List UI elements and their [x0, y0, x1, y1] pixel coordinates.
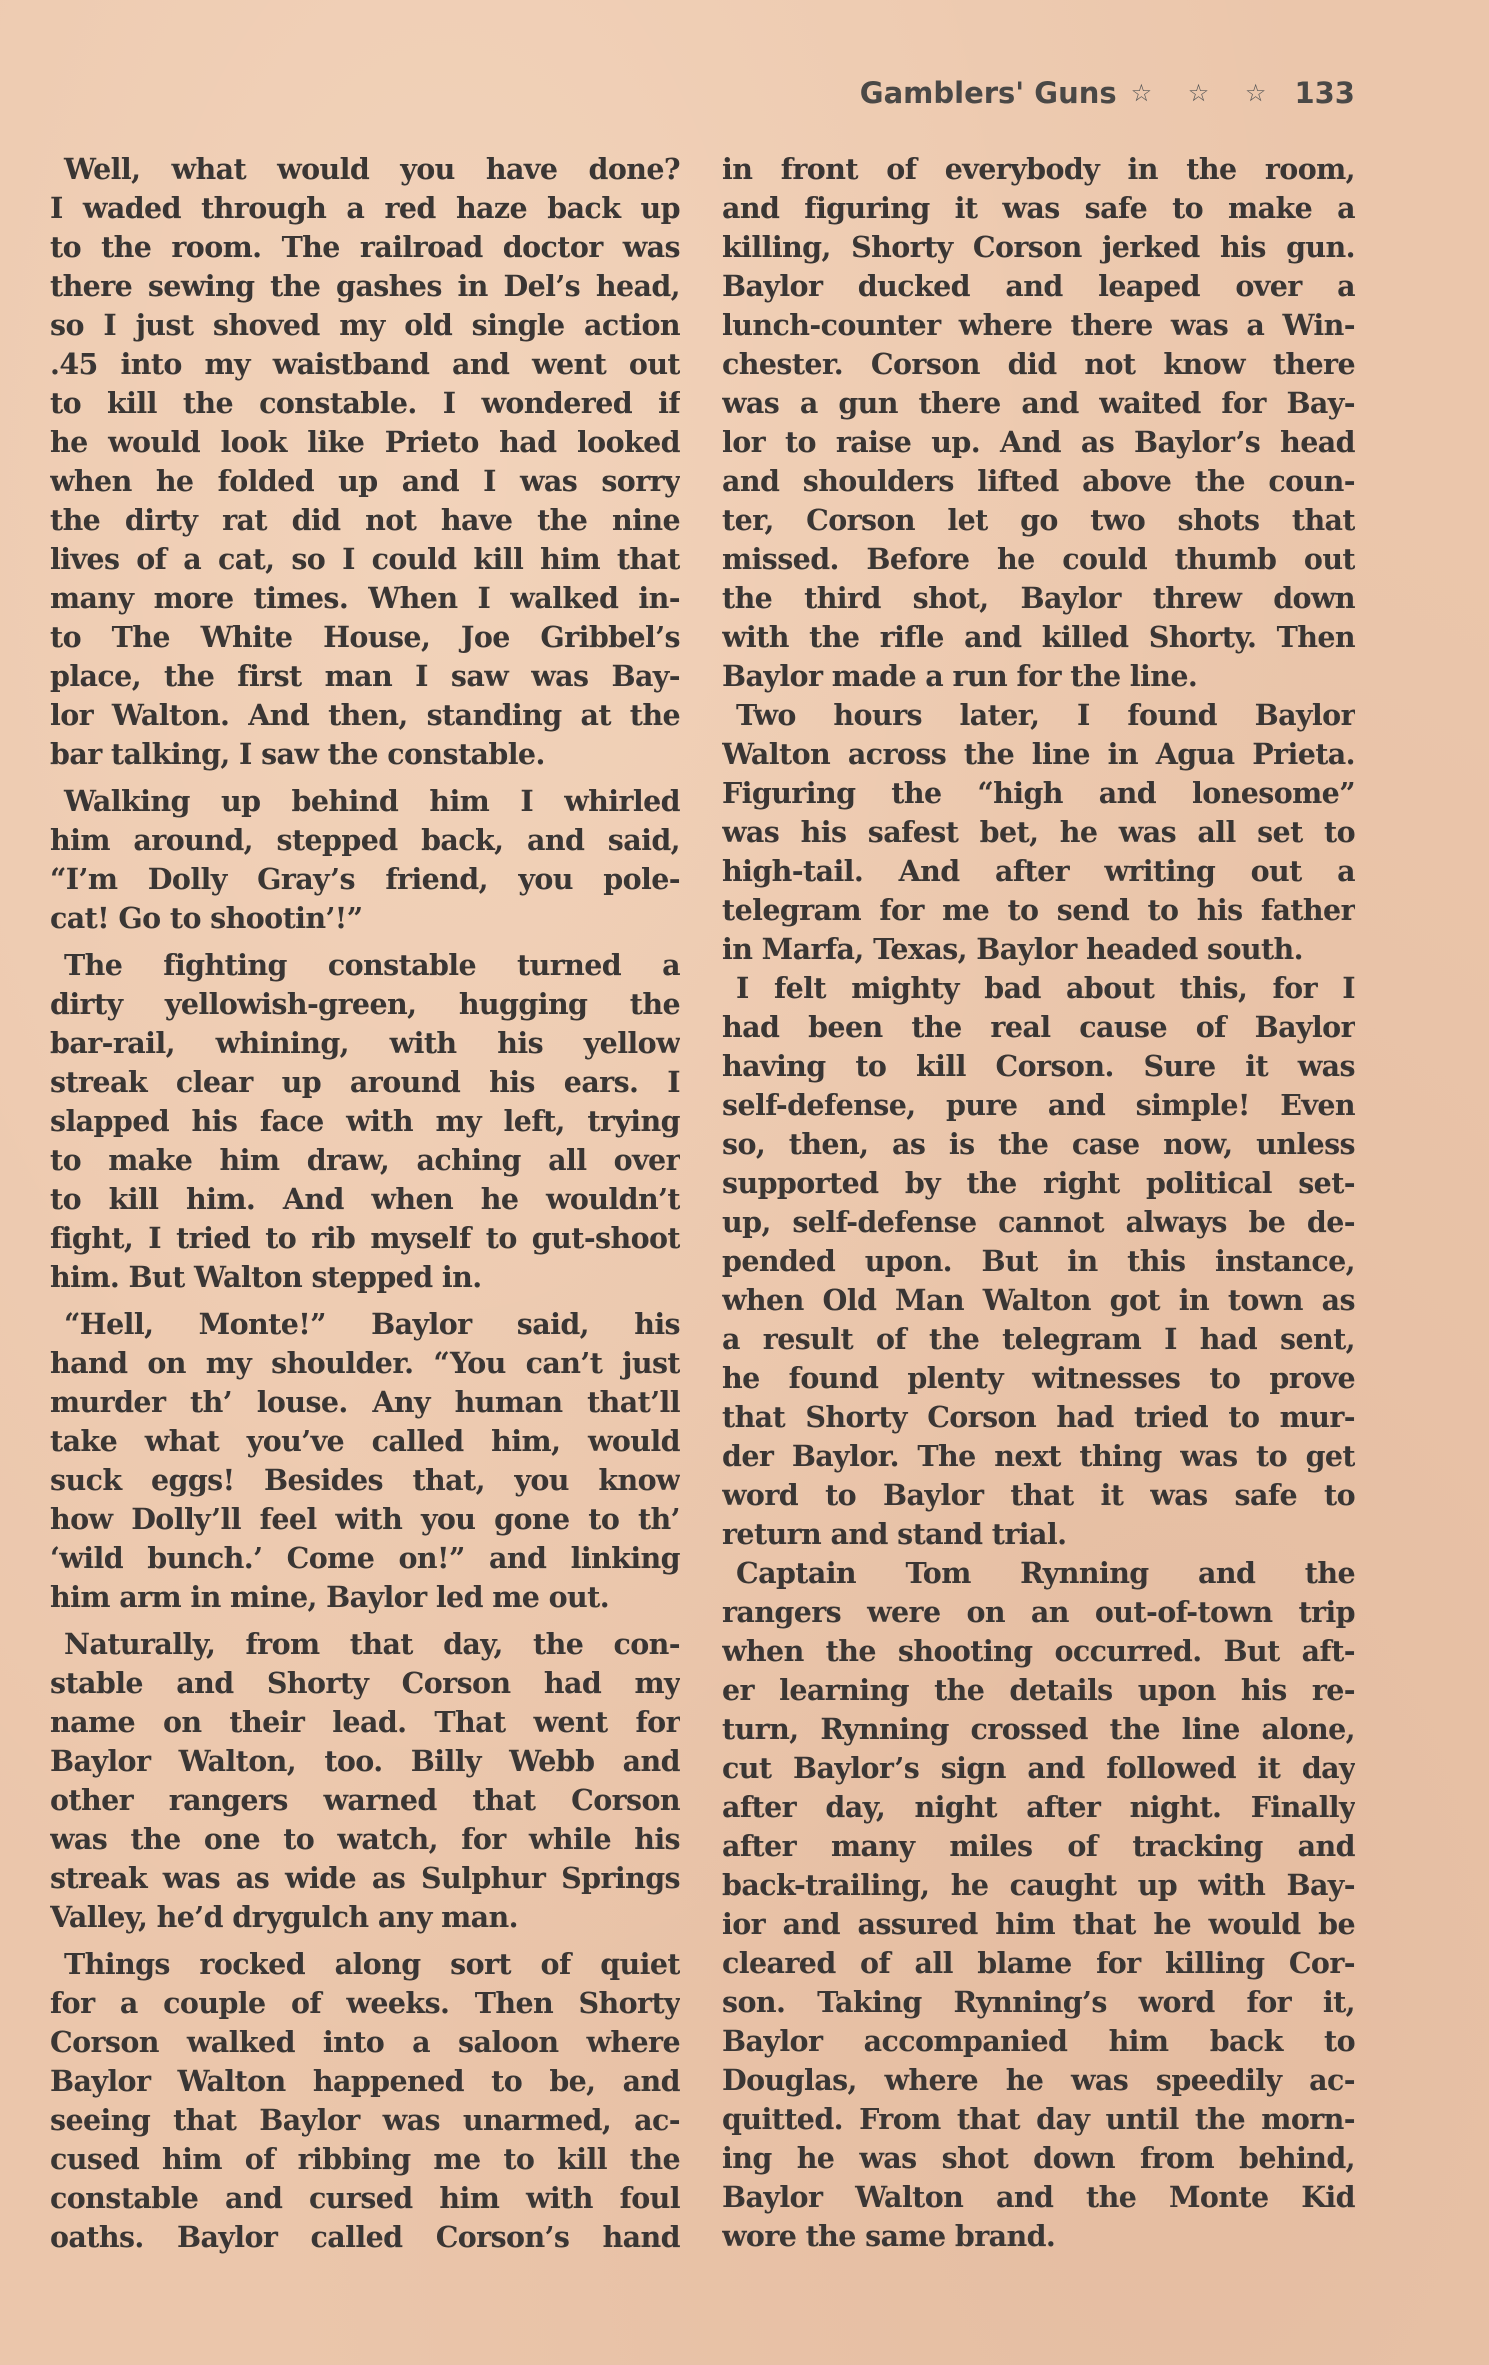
- text-line: Captain Tom Rynning and the: [722, 1554, 1355, 1593]
- text-line: Two hours later, I found Baylor: [722, 696, 1355, 735]
- text-line: streak was as wide as Sulphur Springs: [50, 1859, 680, 1898]
- left-text-column: Well, what would you have done?I waded t…: [50, 150, 680, 2265]
- text-line: Douglas, where he was speedily ac-: [722, 2061, 1355, 2100]
- paragraph: The fighting constable turned adirty yel…: [50, 946, 680, 1297]
- text-line: dirty yellowish-green, hugging the: [50, 985, 680, 1024]
- text-line: take what you’ve called him, would: [50, 1422, 680, 1461]
- text-line: streak clear up around his ears. I: [50, 1063, 680, 1102]
- text-line: a result of the telegram I had sent,: [722, 1320, 1355, 1359]
- text-line: lor Walton. And then, standing at the: [50, 696, 680, 735]
- text-line: had been the real cause of Baylor: [722, 1008, 1355, 1047]
- text-line: the third shot, Baylor threw down: [722, 579, 1355, 618]
- text-line: cat! Go to shootin’!”: [50, 899, 680, 938]
- story-title: Gamblers' Guns: [860, 76, 1117, 110]
- text-line: Walton across the line in Agua Prieta.: [722, 735, 1355, 774]
- text-line: cused him of ribbing me to kill the: [50, 2140, 680, 2179]
- paragraph: “Hell, Monte!” Baylor said, hishand on m…: [50, 1305, 680, 1617]
- paragraph: Walking up behind him I whirledhim aroun…: [50, 782, 680, 938]
- text-line: self-defense, pure and simple! Even: [722, 1086, 1355, 1125]
- text-line: The fighting constable turned a: [50, 946, 680, 985]
- paragraph: Naturally, from that day, the con-stable…: [50, 1625, 680, 1937]
- text-line: to The White House, Joe Gribbel’s: [50, 618, 680, 657]
- text-line: “Hell, Monte!” Baylor said, his: [50, 1305, 680, 1344]
- text-line: cut Baylor’s sign and followed it day: [722, 1749, 1355, 1788]
- text-line: to kill the constable. I wondered if: [50, 384, 680, 423]
- page-number: 133: [1294, 76, 1355, 110]
- text-line: lor to raise up. And as Baylor’s head: [722, 423, 1355, 462]
- text-line: Baylor accompanied him back to: [722, 2022, 1355, 2061]
- text-line: having to kill Corson. Sure it was: [722, 1047, 1355, 1086]
- paragraph: I felt mighty bad about this, for Ihad b…: [722, 969, 1355, 1554]
- right-text-column: in front of everybody in the room,and fi…: [722, 150, 1355, 2256]
- text-line: Corson walked into a saloon where: [50, 2023, 680, 2062]
- text-line: was a gun there and waited for Bay-: [722, 384, 1355, 423]
- text-line: pended upon. But in this instance,: [722, 1242, 1355, 1281]
- text-line: er learning the details upon his re-: [722, 1671, 1355, 1710]
- text-line: telegram for me to send to his father: [722, 891, 1355, 930]
- text-line: suck eggs! Besides that, you know: [50, 1461, 680, 1500]
- text-line: so, then, as is the case now, unless: [722, 1125, 1355, 1164]
- text-line: slapped his face with my left, trying: [50, 1102, 680, 1141]
- text-line: him. But Walton stepped in.: [50, 1258, 680, 1297]
- text-line: was his safest bet, he was all set to: [722, 813, 1355, 852]
- text-line: after day, night after night. Finally: [722, 1788, 1355, 1827]
- text-line: high-tail. And after writing out a: [722, 852, 1355, 891]
- text-line: him arm in mine, Baylor led me out.: [50, 1578, 680, 1617]
- text-line: return and stand trial.: [722, 1515, 1355, 1554]
- text-line: Naturally, from that day, the con-: [50, 1625, 680, 1664]
- text-line: seeing that Baylor was unarmed, ac-: [50, 2101, 680, 2140]
- text-line: to the room. The railroad doctor was: [50, 228, 680, 267]
- paragraph: Captain Tom Rynning and therangers were …: [722, 1554, 1355, 2256]
- text-line: up, self-defense cannot always be de-: [722, 1203, 1355, 1242]
- text-line: many more times. When I walked in-: [50, 579, 680, 618]
- text-line: murder th’ louse. Any human that’ll: [50, 1383, 680, 1422]
- text-line: Valley, he’d drygulch any man.: [50, 1898, 680, 1937]
- text-line: lunch-counter where there was a Win-: [722, 306, 1355, 345]
- text-line: missed. Before he could thumb out: [722, 540, 1355, 579]
- text-line: Baylor Walton, too. Billy Webb and: [50, 1742, 680, 1781]
- text-line: chester. Corson did not know there: [722, 345, 1355, 384]
- star-ornament-icons: ☆ ☆ ☆: [1131, 79, 1281, 107]
- text-line: when the shooting occurred. But aft-: [722, 1632, 1355, 1671]
- text-line: son. Taking Rynning’s word for it,: [722, 1983, 1355, 2022]
- paragraph: Things rocked along sort of quietfor a c…: [50, 1945, 680, 2257]
- text-line: he would look like Prieto had looked: [50, 423, 680, 462]
- text-line: in front of everybody in the room,: [722, 150, 1355, 189]
- text-line: that Shorty Corson had tried to mur-: [722, 1398, 1355, 1437]
- text-line: when Old Man Walton got in town as: [722, 1281, 1355, 1320]
- text-line: how Dolly’ll feel with you gone to th’: [50, 1500, 680, 1539]
- text-line: lives of a cat, so I could kill him that: [50, 540, 680, 579]
- text-line: “I’m Dolly Gray’s friend, you pole-: [50, 860, 680, 899]
- text-line: in Marfa, Texas, Baylor headed south.: [722, 930, 1355, 969]
- text-line: bar-rail, whining, with his yellow: [50, 1024, 680, 1063]
- paragraph: in front of everybody in the room,and fi…: [722, 150, 1355, 696]
- text-line: Baylor ducked and leaped over a: [722, 267, 1355, 306]
- text-line: fight, I tried to rib myself to gut-shoo…: [50, 1219, 680, 1258]
- text-line: Things rocked along sort of quiet: [50, 1945, 680, 1984]
- text-line: when he folded up and I was sorry: [50, 462, 680, 501]
- text-line: Walking up behind him I whirled: [50, 782, 680, 821]
- text-line: turn, Rynning crossed the line alone,: [722, 1710, 1355, 1749]
- text-line: so I just shoved my old single action: [50, 306, 680, 345]
- text-line: .45 into my waistband and went out: [50, 345, 680, 384]
- text-line: constable and cursed him with foul: [50, 2179, 680, 2218]
- text-line: cleared of all blame for killing Cor-: [722, 1944, 1355, 1983]
- text-line: to make him draw, aching all over: [50, 1141, 680, 1180]
- text-line: place, the first man I saw was Bay-: [50, 657, 680, 696]
- text-line: I felt mighty bad about this, for I: [722, 969, 1355, 1008]
- text-line: after many miles of tracking and: [722, 1827, 1355, 1866]
- text-line: he found plenty witnesses to prove: [722, 1359, 1355, 1398]
- text-line: Baylor made a run for the line.: [722, 657, 1355, 696]
- text-line: der Baylor. The next thing was to get: [722, 1437, 1355, 1476]
- text-line: rangers were on an out-of-town trip: [722, 1593, 1355, 1632]
- text-line: killing, Shorty Corson jerked his gun.: [722, 228, 1355, 267]
- text-line: supported by the right political set-: [722, 1164, 1355, 1203]
- text-line: for a couple of weeks. Then Shorty: [50, 1984, 680, 2023]
- text-line: Figuring the “high and lonesome”: [722, 774, 1355, 813]
- text-line: ing he was shot down from behind,: [722, 2139, 1355, 2178]
- paragraph: Well, what would you have done?I waded t…: [50, 150, 680, 774]
- text-line: back-trailing, he caught up with Bay-: [722, 1866, 1355, 1905]
- text-line: with the rifle and killed Shorty. Then: [722, 618, 1355, 657]
- text-line: Baylor Walton and the Monte Kid: [722, 2178, 1355, 2217]
- text-line: other rangers warned that Corson: [50, 1781, 680, 1820]
- text-line: the dirty rat did not have the nine: [50, 501, 680, 540]
- text-line: Baylor Walton happened to be, and: [50, 2062, 680, 2101]
- text-line: was the one to watch, for while his: [50, 1820, 680, 1859]
- text-line: I waded through a red haze back up: [50, 189, 680, 228]
- text-line: bar talking, I saw the constable.: [50, 735, 680, 774]
- text-line: wore the same brand.: [722, 2217, 1355, 2256]
- text-line: quitted. From that day until the morn-: [722, 2100, 1355, 2139]
- text-line: to kill him. And when he wouldn’t: [50, 1180, 680, 1219]
- text-line: name on their lead. That went for: [50, 1703, 680, 1742]
- text-line: there sewing the gashes in Del’s head,: [50, 267, 680, 306]
- text-line: ‘wild bunch.’ Come on!” and linking: [50, 1539, 680, 1578]
- text-line: ior and assured him that he would be: [722, 1905, 1355, 1944]
- text-line: oaths. Baylor called Corson’s hand: [50, 2218, 680, 2257]
- paragraph: Two hours later, I found BaylorWalton ac…: [722, 696, 1355, 969]
- text-line: word to Baylor that it was safe to: [722, 1476, 1355, 1515]
- text-line: and shoulders lifted above the coun-: [722, 462, 1355, 501]
- text-line: him around, stepped back, and said,: [50, 821, 680, 860]
- text-line: Well, what would you have done?: [50, 150, 680, 189]
- running-header: Gamblers' Guns ☆ ☆ ☆ 133: [860, 76, 1355, 110]
- text-line: ter, Corson let go two shots that: [722, 501, 1355, 540]
- text-line: hand on my shoulder. “You can’t just: [50, 1344, 680, 1383]
- text-line: stable and Shorty Corson had my: [50, 1664, 680, 1703]
- text-line: and figuring it was safe to make a: [722, 189, 1355, 228]
